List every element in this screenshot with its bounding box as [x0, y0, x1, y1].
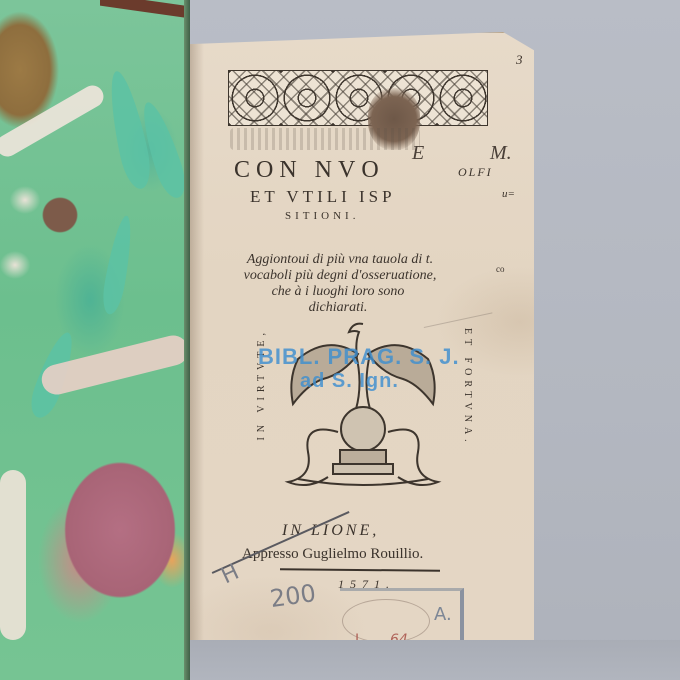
- title-line-2-overlay: u=: [502, 188, 515, 200]
- pencil-mark: H: [217, 560, 243, 590]
- subtitle-line: vocaboli più degni d'osseruatione,: [168, 268, 512, 284]
- corner-mark-m: M.: [490, 142, 512, 165]
- subtitle-line: Aggiontoui di più vna tauola di t.: [168, 252, 512, 268]
- ornamental-headpiece: [228, 70, 488, 126]
- eagle-printer-device-icon: [278, 314, 448, 494]
- title-line-1: CON NVO: [234, 157, 385, 184]
- title-page: 3 E M. CON NVO OLFI ET VTILI ISP u= SITI…: [190, 32, 534, 640]
- title-line-3: SITIONI.: [285, 210, 359, 222]
- pencil-number: 200: [268, 579, 317, 613]
- book-cover-marbled: [0, 0, 190, 680]
- faded-printing: [230, 128, 420, 150]
- title-line-1-overlay: OLFI: [458, 165, 493, 180]
- page-number: 3: [516, 52, 523, 68]
- table-surface: [190, 640, 680, 680]
- library-stamp-line-2: ad S. Ign.: [300, 370, 399, 393]
- corner-mark-e: E: [412, 142, 424, 165]
- cover-leather-edge: [100, 0, 190, 18]
- side-mark: co: [496, 264, 505, 274]
- motto-right: ET FORTVNA.: [462, 328, 473, 447]
- imprint-place: IN LIONE,: [282, 522, 379, 540]
- cover-leaf: [99, 214, 136, 316]
- imprint-rule: [280, 568, 440, 571]
- cover-petal: [0, 470, 26, 640]
- page-gutter-shadow: [190, 32, 204, 640]
- cover-leaf-stripe: [0, 81, 107, 160]
- cover-edge: [184, 0, 190, 680]
- shelf-mark-letter: A.: [434, 604, 452, 625]
- imprint-printer: Appresso Guglielmo Rouillio.: [242, 546, 423, 563]
- library-stamp-line-1: BIBL. PRAG. S. J.: [258, 344, 460, 370]
- title-line-2: ET VTILI ISP: [250, 187, 396, 207]
